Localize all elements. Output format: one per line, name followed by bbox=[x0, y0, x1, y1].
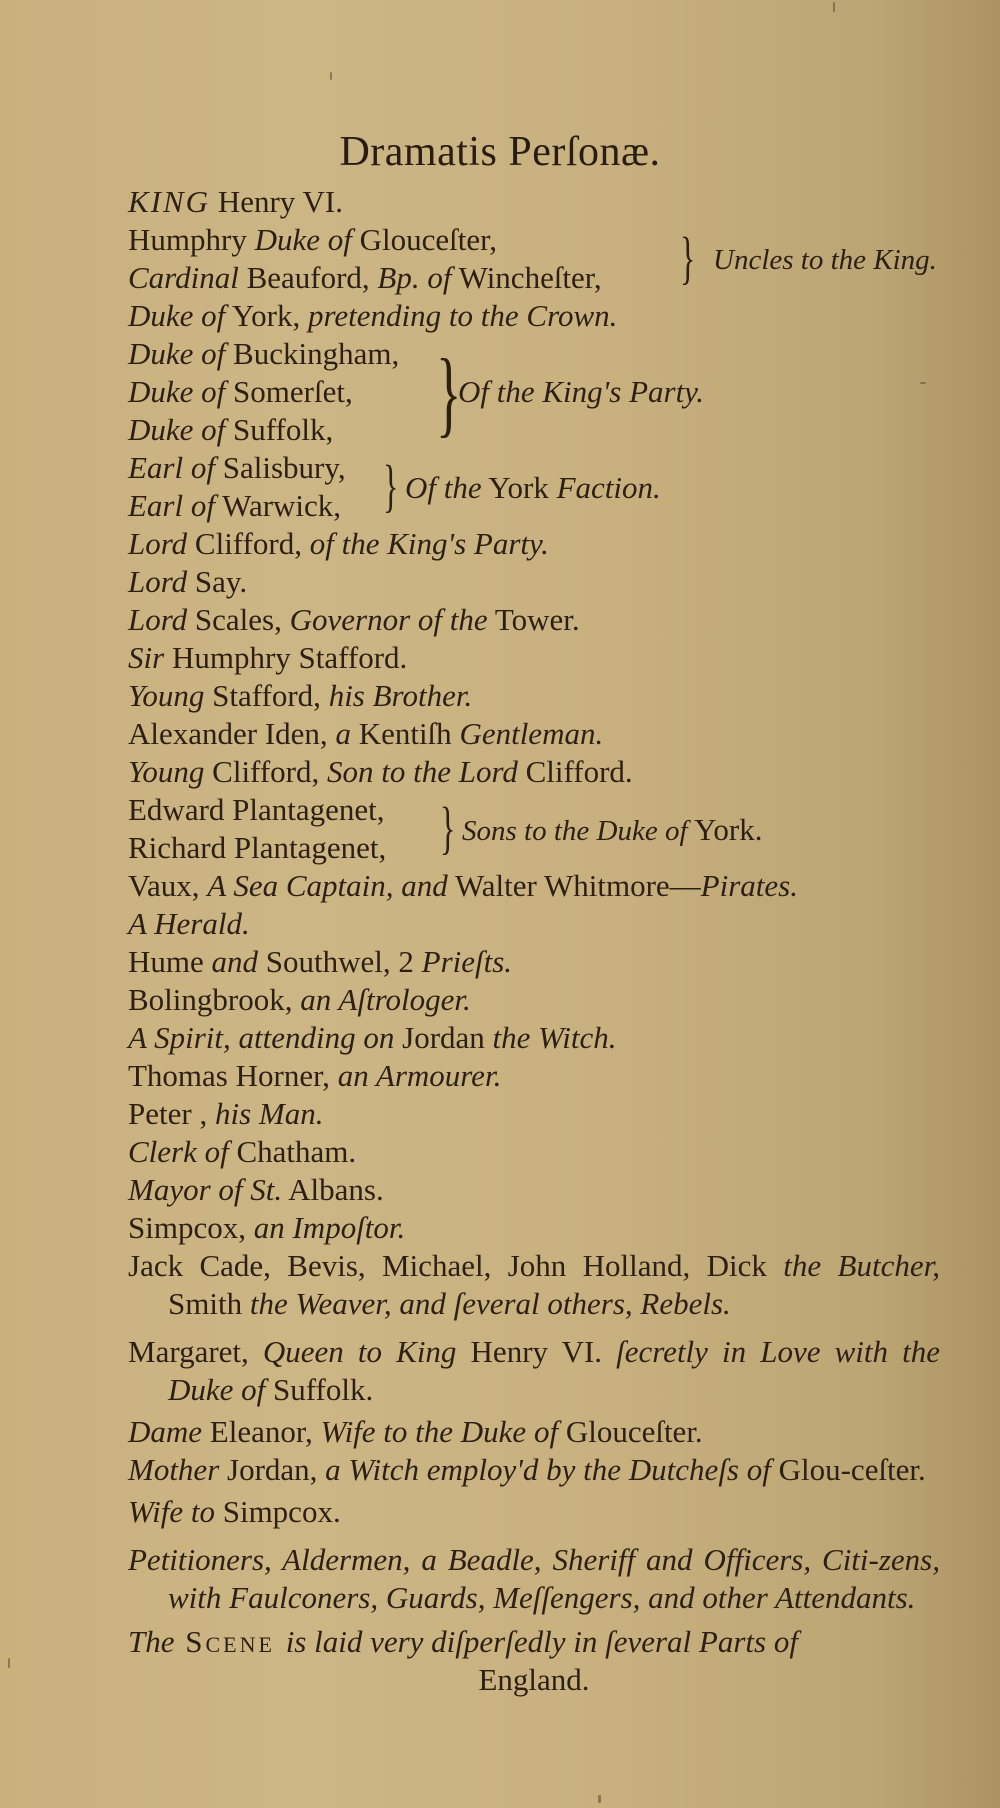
cast-entry-suffolk: Duke of Suffolk, bbox=[128, 411, 940, 449]
cast-entry-spirit: A Spirit, attending on Jordan the Witch. bbox=[128, 1019, 940, 1057]
cast-entry-herald: A Herald. bbox=[128, 905, 940, 943]
cast-entry-young-stafford: Young Stafford, his Brother. bbox=[128, 677, 940, 715]
brace-icon: } bbox=[680, 229, 695, 287]
cast-entry-scales: Lord Scales, Governor of the Tower. bbox=[128, 601, 940, 639]
cast-entry-horner: Thomas Horner, an Armourer. bbox=[128, 1057, 940, 1095]
cast-entry-peter: Peter , his Man. bbox=[128, 1095, 940, 1133]
cast-entry-clifford: Lord Clifford, of the King's Party. bbox=[128, 525, 940, 563]
group-note: Of the King's Party. bbox=[458, 373, 704, 411]
paper-speck bbox=[598, 1795, 601, 1803]
cast-entry-rebels: Jack Cade, Bevis, Michael, John Holland,… bbox=[128, 1247, 940, 1323]
cast-entry-king: KING Henry VI. bbox=[128, 183, 940, 221]
cast-group-sons-of-york: Edward Plantagenet, Richard Plantagenet,… bbox=[128, 791, 940, 867]
paper-speck bbox=[833, 2, 835, 12]
brace-icon: } bbox=[383, 457, 398, 515]
paper-speck bbox=[330, 72, 332, 80]
cast-entry-iden: Alexander Iden, a Kentiſh Gentleman. bbox=[128, 715, 940, 753]
group-note: Uncles to the King. bbox=[713, 241, 937, 279]
page-title: Dramatis Perſonæ. bbox=[0, 128, 1000, 176]
cast-list: KING Henry VI. Humphry Duke of Glouceſte… bbox=[128, 183, 940, 1699]
paper-speck bbox=[920, 382, 926, 384]
cast-entry-wife: Wife to Simpcox. bbox=[128, 1493, 940, 1531]
cast-entry-york: Duke of York, pretending to the Crown. bbox=[128, 297, 940, 335]
cast-group-kings-party: Duke of Buckingham, Duke of Somerſet, Du… bbox=[128, 335, 940, 449]
scene-note: The Scene is laid very diſperſedly in ſe… bbox=[128, 1623, 940, 1661]
paper-speck bbox=[8, 1658, 10, 1668]
cast-entry-bolingbrook: Bolingbrook, an Aſtrologer. bbox=[128, 981, 940, 1019]
cast-entry-buckingham: Duke of Buckingham, bbox=[128, 335, 940, 373]
cast-group-uncles: Humphry Duke of Glouceſter, Cardinal Bea… bbox=[128, 221, 940, 297]
cast-entry-mayor: Mayor of St. Albans. bbox=[128, 1171, 940, 1209]
cast-group-york-faction: Earl of Salisbury, Earl of Warwick, } Of… bbox=[128, 449, 940, 525]
group-note: Of the York Faction. bbox=[405, 469, 661, 507]
brace-icon: } bbox=[440, 799, 455, 857]
group-note: Sons to the Duke of York. bbox=[462, 811, 762, 850]
cast-entry-margaret: Margaret, Queen to King Henry VI. ſecret… bbox=[128, 1333, 940, 1409]
cast-entry-clerk: Clerk of Chatham. bbox=[128, 1133, 940, 1171]
cast-entry-say: Lord Say. bbox=[128, 563, 940, 601]
cast-entry-eleanor: Dame Eleanor, Wife to the Duke of Glouce… bbox=[128, 1413, 940, 1451]
cast-entry-humphry-stafford: Sir Humphry Stafford. bbox=[128, 639, 940, 677]
cast-entry-vaux: Vaux, A Sea Captain, and Walter Whitmore… bbox=[128, 867, 940, 905]
cast-entry-young-clifford: Young Clifford, Son to the Lord Clifford… bbox=[128, 753, 940, 791]
cast-entry-simpcox: Simpcox, an Impoſtor. bbox=[128, 1209, 940, 1247]
book-page: Dramatis Perſonæ. KING Henry VI. Humphry… bbox=[0, 0, 1000, 1808]
cast-entry-priests: Hume and Southwel, 2 Prieſts. bbox=[128, 943, 940, 981]
cast-entry-jordan: Mother Jordan, a Witch employ'd by the D… bbox=[128, 1451, 940, 1489]
scene-location: England. bbox=[128, 1661, 940, 1699]
cast-entry-attendants: Petitioners, Aldermen, a Beadle, Sheriff… bbox=[128, 1541, 940, 1617]
